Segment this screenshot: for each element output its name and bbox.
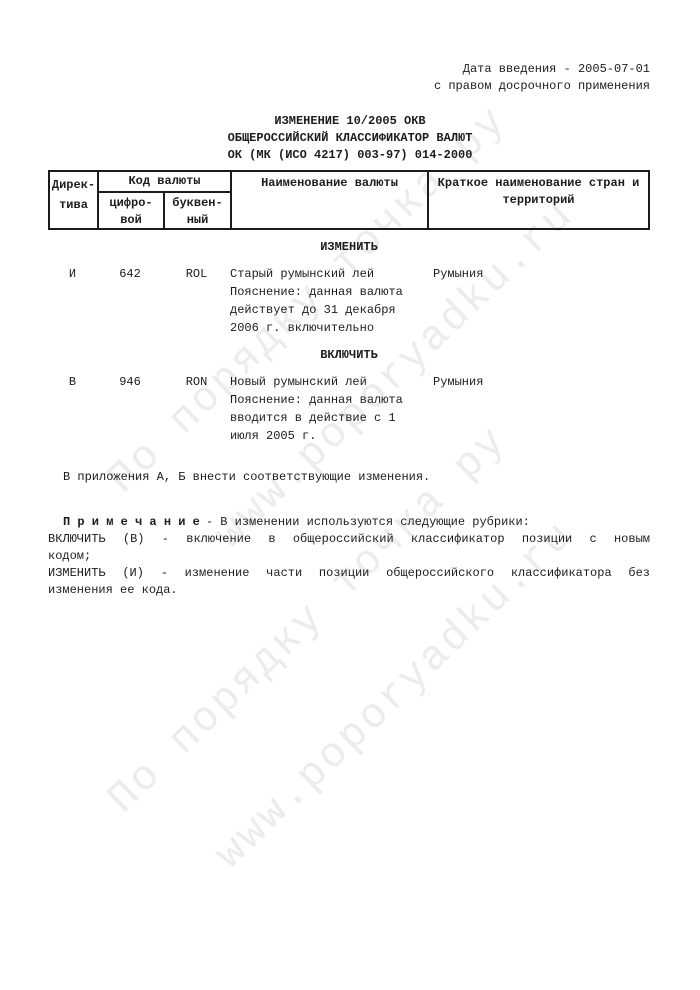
currency-name-line: Пояснение: данная валюта: [230, 283, 427, 301]
header-code-numeric-line1: цифро-: [99, 195, 163, 212]
header-currency-code: Код валюты: [99, 172, 230, 193]
header-currency-code-group: Код валюты цифро- вой буквен- ный: [99, 172, 232, 228]
header-code-alpha-line1: буквен-: [165, 195, 230, 212]
effective-date-block: Дата введения - 2005-07-01 с правом доср…: [434, 61, 650, 95]
appendix-note: В приложения А, Б внести соответствующие…: [48, 469, 650, 486]
row-numeric-code: 642: [97, 265, 163, 337]
header-code-alpha-line2: ный: [165, 212, 230, 229]
currency-name-line: вводится в действие с 1: [230, 409, 427, 427]
header-directive-line1: Дирек-: [50, 175, 97, 195]
rubric-include-line2: кодом;: [48, 548, 650, 565]
currency-name-line: Новый румынский лей: [230, 373, 427, 391]
document-content: Дата введения - 2005-07-01 с правом доср…: [0, 0, 700, 990]
currency-name-line: июля 2005 г.: [230, 427, 427, 445]
title-code: ОК (МК (ИСО 4217) 003-97) 014-2000: [0, 147, 700, 164]
header-code-numeric-line2: вой: [99, 212, 163, 229]
row-countries: Румыния: [427, 373, 650, 445]
currency-name-line: 2006 г. включительно: [230, 319, 427, 337]
document-title: ИЗМЕНЕНИЕ 10/2005 ОКВ ОБЩЕРОССИЙСКИЙ КЛА…: [0, 113, 700, 164]
currency-table: Дирек- тива Код валюты цифро- вой буквен…: [48, 170, 650, 445]
table-header: Дирек- тива Код валюты цифро- вой буквен…: [48, 170, 650, 230]
rubric-change-line2: изменения ее кода.: [48, 582, 650, 599]
header-directive: Дирек- тива: [50, 172, 99, 228]
header-code-subrow: цифро- вой буквен- ный: [99, 193, 230, 229]
header-code-numeric: цифро- вой: [99, 193, 165, 229]
currency-name-line: действует до 31 декабря: [230, 301, 427, 319]
row-currency-name: Новый румынский лей Пояснение: данная ва…: [230, 373, 427, 445]
title-classifier: ОБЩЕРОССИЙСКИЙ КЛАССИФИКАТОР ВАЛЮТ: [0, 130, 700, 147]
effective-date-line: Дата введения - 2005-07-01: [434, 61, 650, 78]
row-directive: В: [48, 373, 97, 445]
row-alpha-code: ROL: [163, 265, 230, 337]
row-directive: И: [48, 265, 97, 337]
note-label: П р и м е ч а н и е: [63, 515, 200, 529]
document-page: По порядку точка ру По порядку точка ру …: [0, 0, 700, 990]
row-countries: Румыния: [427, 265, 650, 337]
row-numeric-code: 946: [97, 373, 163, 445]
row-alpha-code: RON: [163, 373, 230, 445]
note-intro: - В изменении используются следующие руб…: [206, 515, 530, 529]
note-heading-line: П р и м е ч а н и е- В изменении использ…: [48, 514, 650, 531]
early-application-line: с правом досрочного применения: [434, 78, 650, 95]
currency-name-line: Старый румынский лей: [230, 265, 427, 283]
title-amendment: ИЗМЕНЕНИЕ 10/2005 ОКВ: [0, 113, 700, 130]
header-countries: Краткое наименование стран и территорий: [429, 172, 648, 228]
table-row: И 642 ROL Старый румынский лей Пояснение…: [48, 265, 650, 337]
note-block: П р и м е ч а н и е- В изменении использ…: [48, 514, 650, 599]
header-directive-line2: тива: [50, 195, 97, 215]
rubric-include-line1: ВКЛЮЧИТЬ (В) - включение в общероссийски…: [48, 531, 650, 548]
row-currency-name: Старый румынский лей Пояснение: данная в…: [230, 265, 427, 337]
currency-name-line: Пояснение: данная валюта: [230, 391, 427, 409]
header-code-alpha: буквен- ный: [165, 193, 230, 229]
table-row: В 946 RON Новый румынский лей Пояснение:…: [48, 373, 650, 445]
header-currency-name: Наименование валюты: [232, 172, 429, 228]
rubric-change-line1: ИЗМЕНИТЬ (И) - изменение части позиции о…: [48, 565, 650, 582]
section-action-include: ВКЛЮЧИТЬ: [48, 347, 650, 364]
section-action-change: ИЗМЕНИТЬ: [48, 239, 650, 256]
